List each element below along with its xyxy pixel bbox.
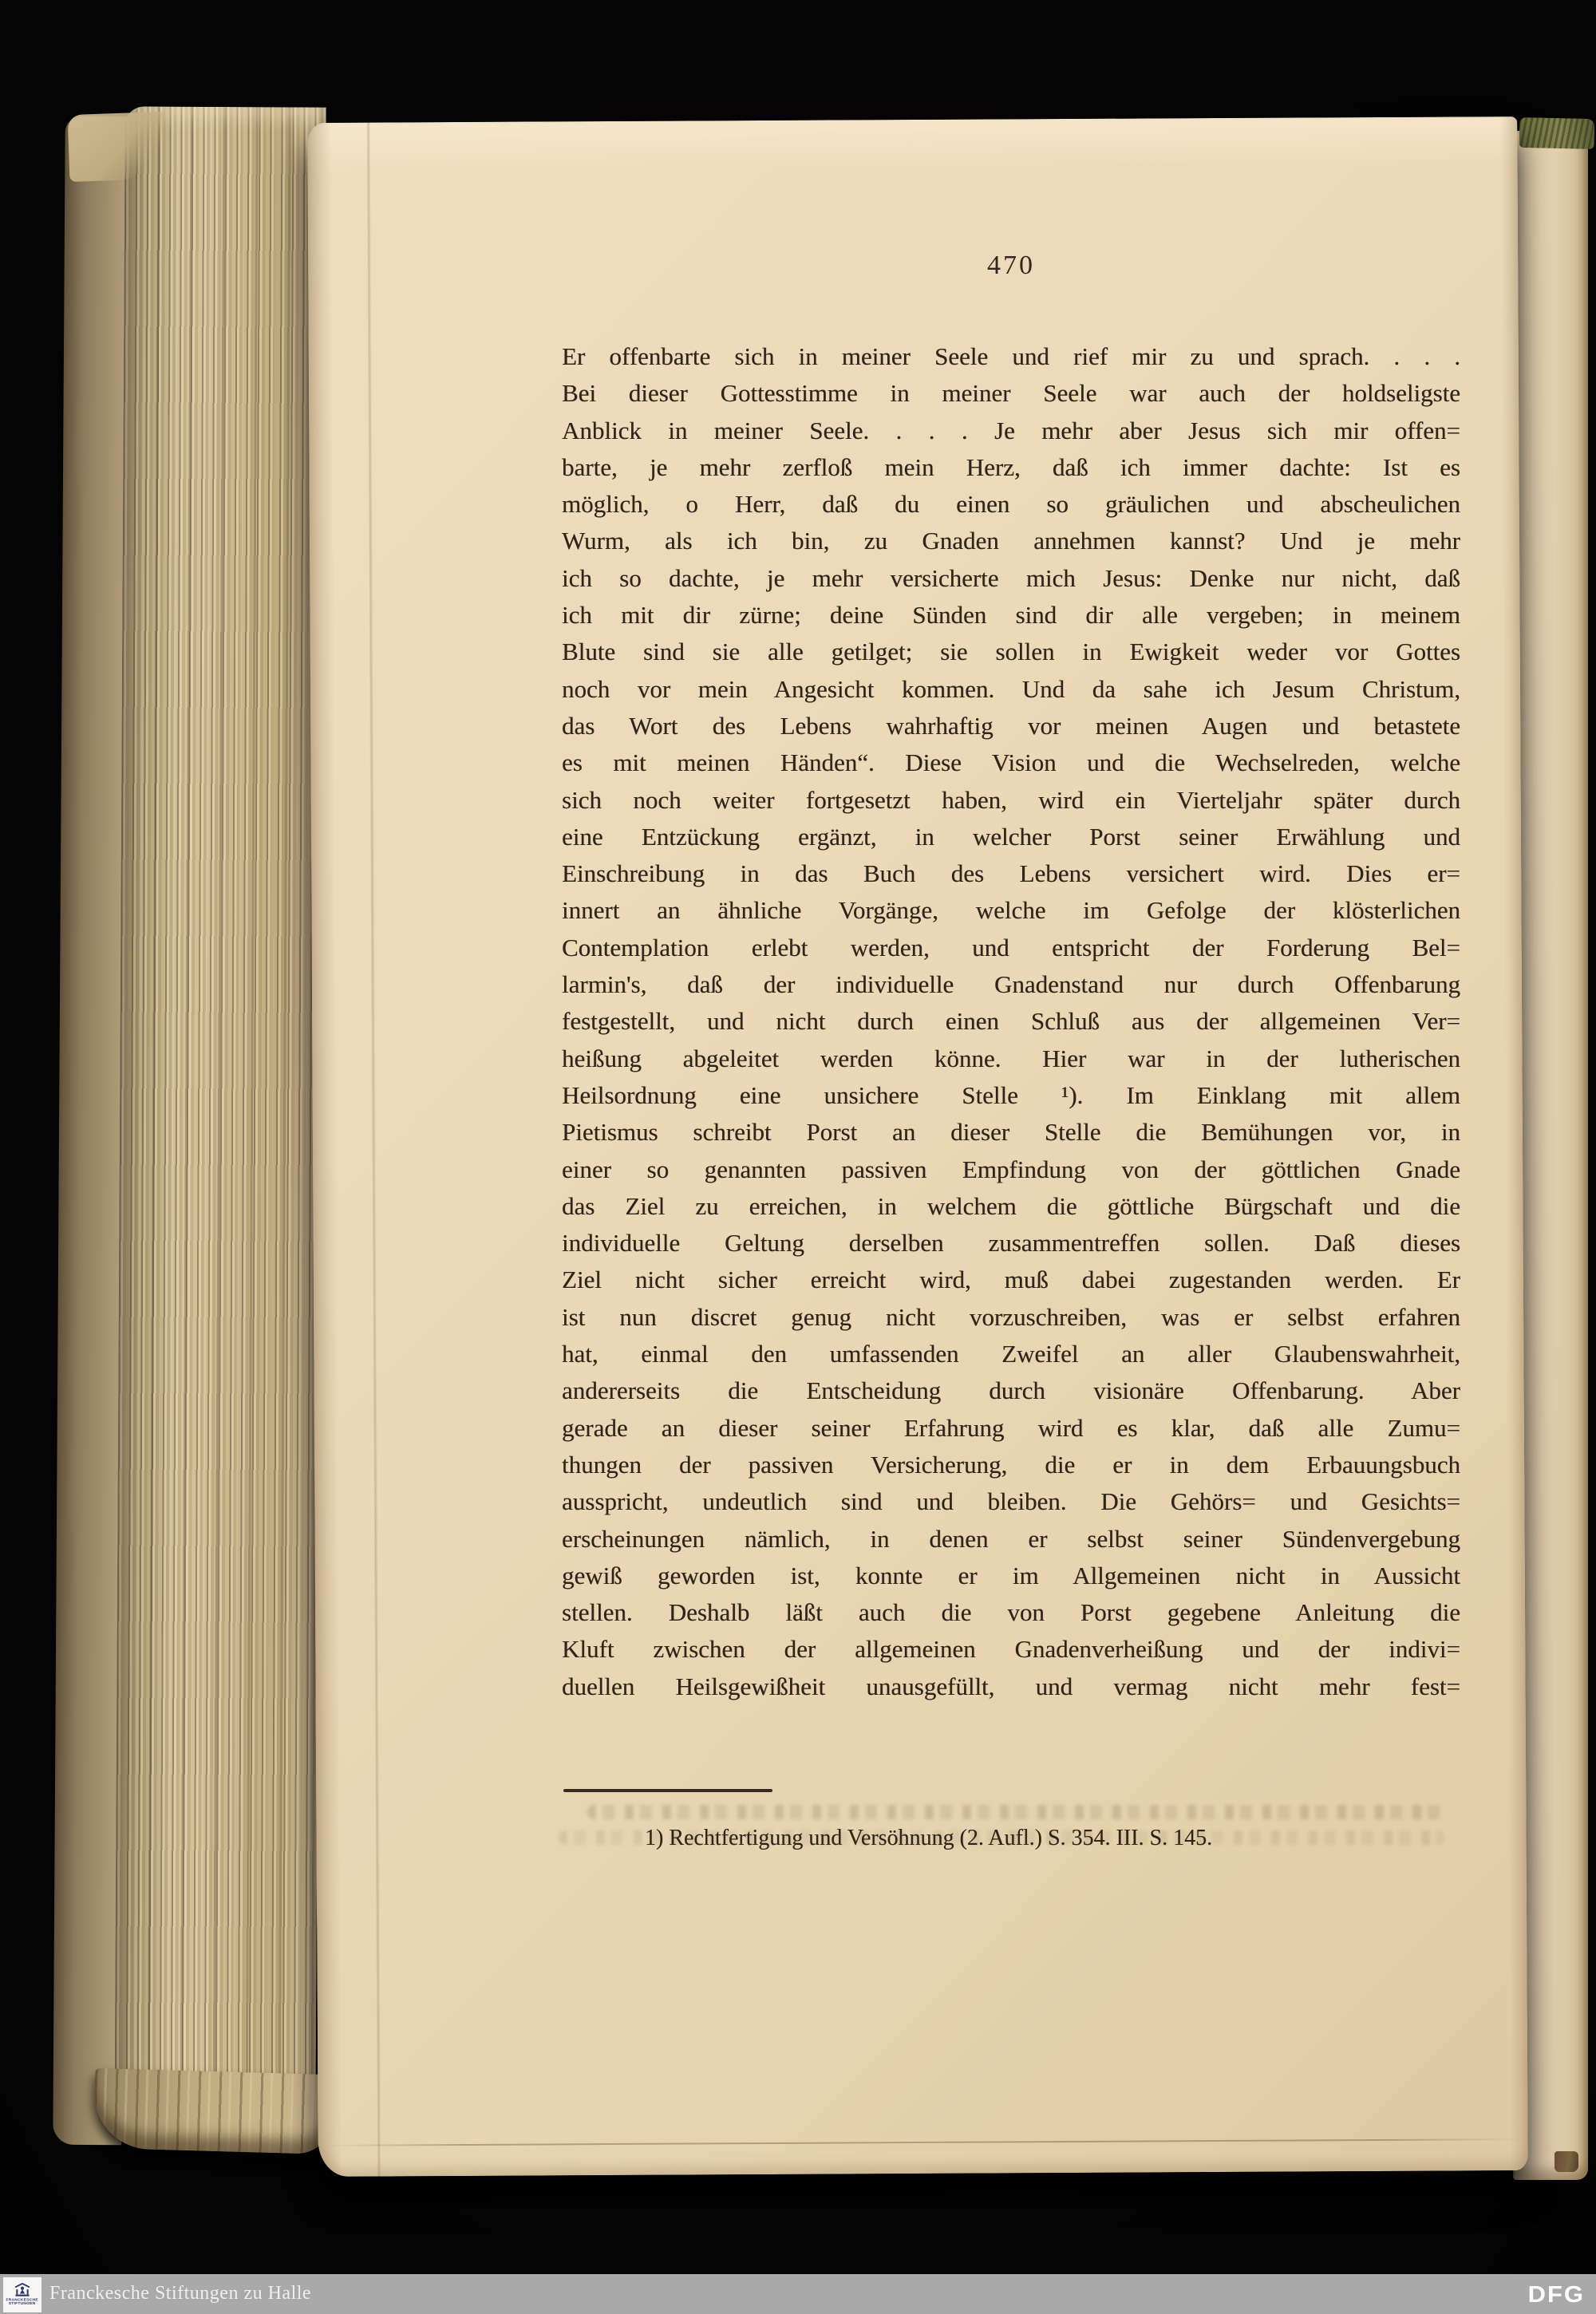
page-number: 470 xyxy=(562,251,1460,281)
text-line: gewiß geworden ist, konnte er im Allgeme… xyxy=(562,1558,1460,1594)
text-line: Bei dieser Gottesstimme in meiner Seele … xyxy=(562,375,1460,412)
text-line: stellen. Deshalb läßt auch die von Porst… xyxy=(562,1594,1460,1631)
text-line: Er offenbarte sich in meiner Seele und r… xyxy=(562,338,1460,375)
text-line: Anblick in meiner Seele. . . . Je mehr a… xyxy=(562,413,1460,449)
text-line: sich noch weiter fortgesetzt haben, wird… xyxy=(562,782,1460,819)
text-line: ich mit dir zürne; deine Sünden sind dir… xyxy=(562,597,1460,634)
printed-content: 470 Er offenbarte sich in meiner Seele u… xyxy=(0,0,1596,2314)
text-line: Blute sind sie alle getilget; sie sollen… xyxy=(562,634,1460,670)
text-line: heißung abgeleitet werden könne. Hier wa… xyxy=(562,1041,1460,1077)
text-line: ich so dachte, je mehr versicherte mich … xyxy=(562,560,1460,597)
text-line: Ziel nicht sicher erreicht wird, muß dab… xyxy=(562,1262,1460,1298)
text-line: duellen Heilsgewißheit unausgefüllt, und… xyxy=(562,1668,1460,1705)
text-line: ist nun discret genug nicht vorzuschreib… xyxy=(562,1299,1460,1336)
text-line: möglich, o Herr, daß du einen so gräulic… xyxy=(562,486,1460,523)
text-line: individuelle Geltung derselben zusamment… xyxy=(562,1225,1460,1262)
footnote-rule xyxy=(563,1789,772,1792)
francke-emblem-icon xyxy=(13,2283,32,2297)
text-line: das Ziel zu erreichen, in welchem die gö… xyxy=(562,1188,1460,1225)
text-line: erscheinungen nämlich, in denen er selbs… xyxy=(562,1521,1460,1558)
showthrough-ghost-text xyxy=(587,1805,1449,1819)
text-line: andererseits die Entscheidung durch visi… xyxy=(562,1372,1460,1409)
francke-foundation-logo: FRANCKESCHE STIFTUNGEN xyxy=(3,2277,41,2312)
institution-watermark: Franckesche Stiftungen zu Halle xyxy=(49,2283,311,2304)
logo-caption-line1: FRANCKESCHE xyxy=(6,2298,38,2302)
dfg-logo: DFG xyxy=(1528,2281,1585,2308)
text-line: hat, einmal den umfassenden Zweifel an a… xyxy=(562,1336,1460,1372)
text-line: innert an ähnliche Vorgänge, welche im G… xyxy=(562,892,1460,929)
text-line: Heilsordnung eine unsichere Stelle ¹). I… xyxy=(562,1077,1460,1114)
text-line: es mit meinen Händen“. Diese Vision und … xyxy=(562,744,1460,781)
text-line: thungen der passiven Versicherung, die e… xyxy=(562,1447,1460,1483)
text-line: noch vor mein Angesicht kommen. Und da s… xyxy=(562,671,1460,708)
text-line: Einschreibung in das Buch des Lebens ver… xyxy=(562,855,1460,892)
footnote: 1) Rechtfertigung und Versöhnung (2. Auf… xyxy=(562,1821,1460,1856)
text-line: Kluft zwischen der allgemeinen Gnadenver… xyxy=(562,1631,1460,1668)
body-text: Er offenbarte sich in meiner Seele und r… xyxy=(562,338,1460,1705)
text-line: barte, je mehr zerfloß mein Herz, daß ic… xyxy=(562,449,1460,486)
text-line: einer so genannten passiven Empfindung v… xyxy=(562,1151,1460,1188)
text-line: Wurm, als ich bin, zu Gnaden annehmen ka… xyxy=(562,523,1460,559)
logo-caption-line2: STIFTUNGEN xyxy=(6,2301,38,2305)
text-line: gerade an dieser seiner Erfahrung wird e… xyxy=(562,1410,1460,1447)
text-line: Contemplation erlebt werden, und entspri… xyxy=(562,930,1460,966)
text-line: eine Entzückung ergänzt, in welcher Pors… xyxy=(562,819,1460,855)
text-line: das Wort des Lebens wahrhaftig vor meine… xyxy=(562,708,1460,744)
text-line: Pietismus schreibt Porst an dieser Stell… xyxy=(562,1114,1460,1151)
text-line: festgestellt, und nicht durch einen Schl… xyxy=(562,1003,1460,1040)
text-line: ausspricht, undeutlich sind und bleiben.… xyxy=(562,1483,1460,1520)
text-line: larmin's, daß der individuelle Gnadensta… xyxy=(562,966,1460,1003)
